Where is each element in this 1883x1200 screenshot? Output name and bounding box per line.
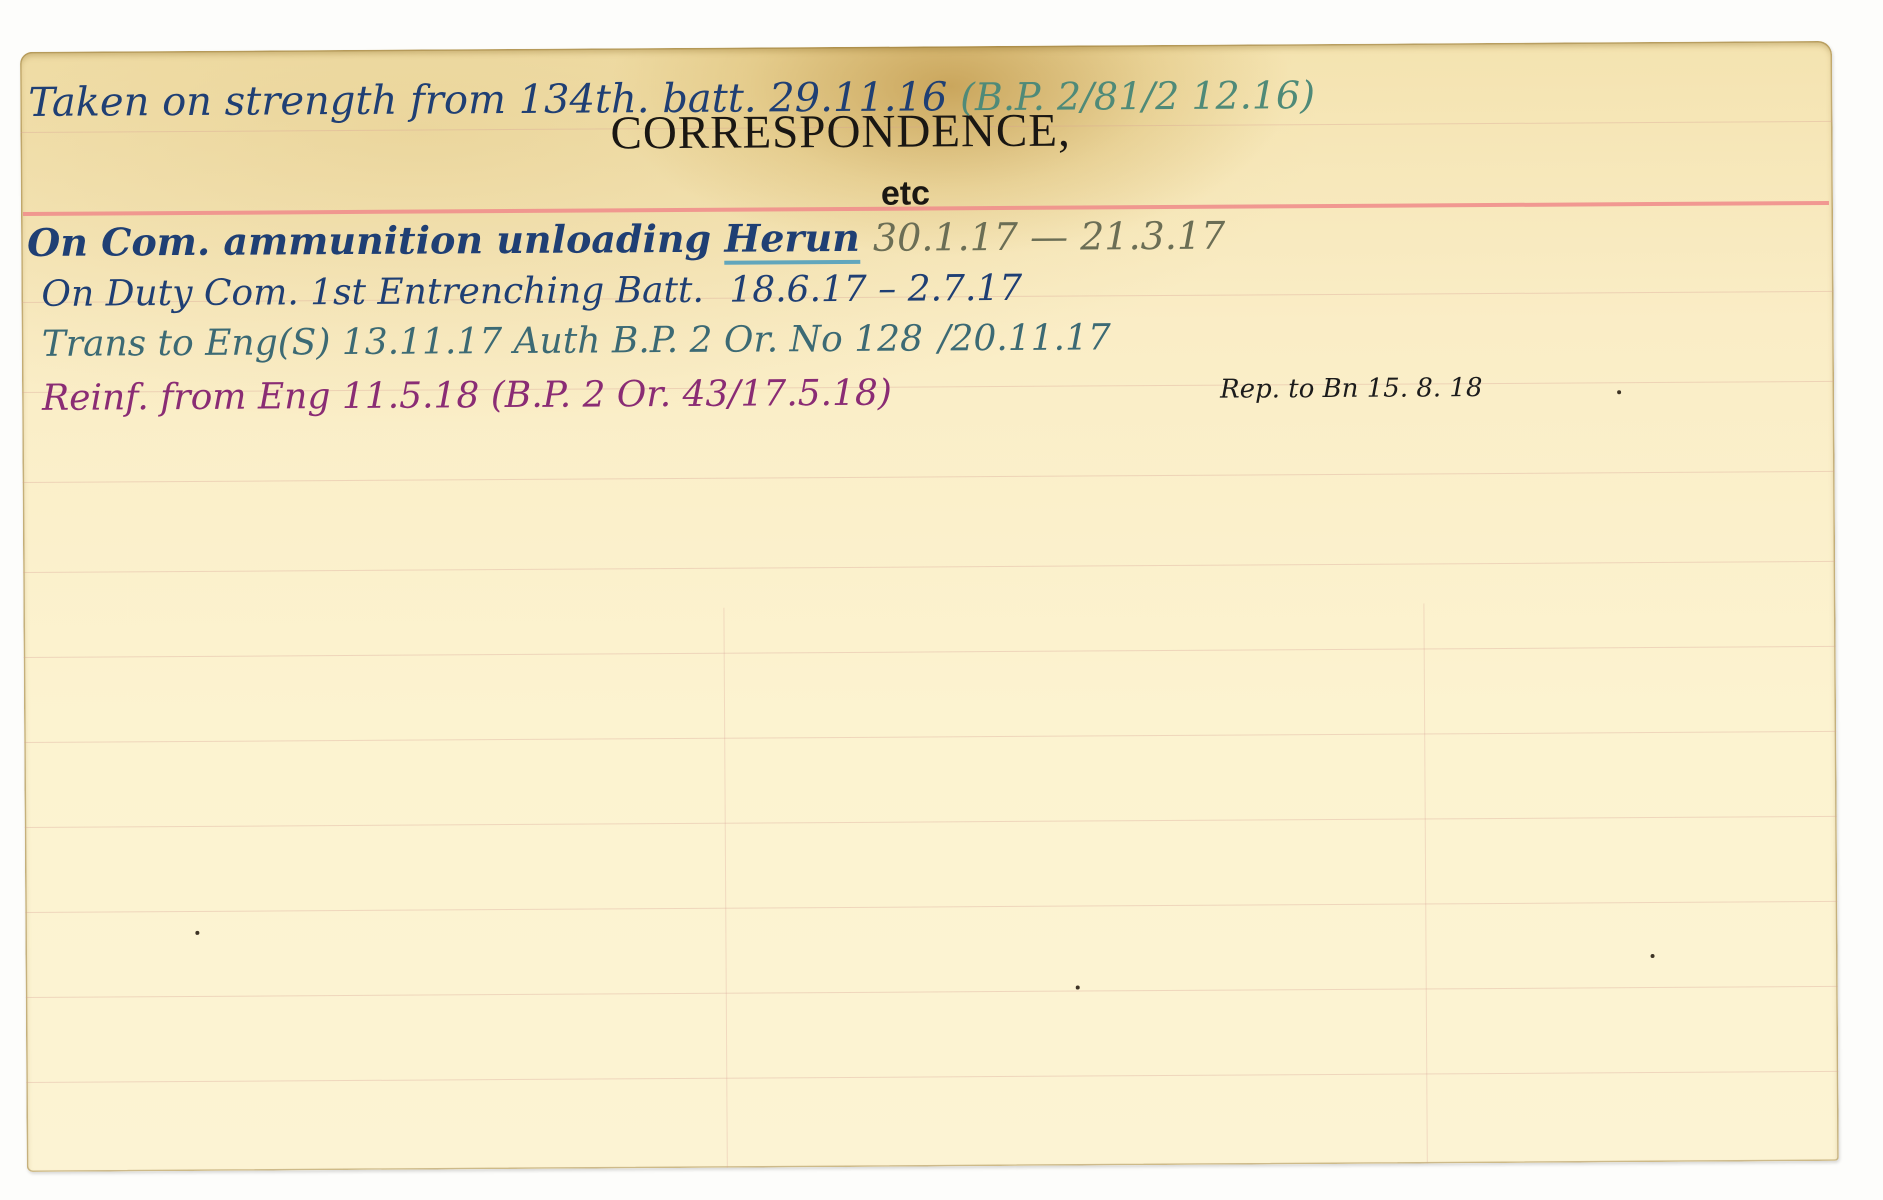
- record-card: CORRESPONDENCE, etc Taken on strength fr…: [20, 41, 1839, 1172]
- ruled-line: [23, 471, 1835, 483]
- entry-rep-to-bn: Rep. to Bn 15. 8. 18: [1220, 373, 1483, 405]
- entry-text: Taken on strength from 134th. batt. 29.1…: [28, 74, 947, 126]
- entry-text: Reinf. from Eng 11.5.18: [42, 375, 479, 419]
- ruled-line: [25, 816, 1837, 828]
- entry-dates: 20.11.17: [950, 317, 1111, 359]
- paper-speck: [1617, 390, 1621, 394]
- entry-trans-to-eng: Trans to Eng(S) 13.11.17 Auth B.P. 2 Or.…: [42, 317, 1111, 365]
- ruled-line: [24, 646, 1836, 658]
- entry-entrenching-batt: On Duty Com. 1st Entrenching Batt. 18.6.…: [41, 268, 1022, 315]
- entry-ref: (B.P. 2 Or. 43/17.5.18): [491, 373, 892, 416]
- entry-dates: 30.1.17 — 21.3.17: [873, 214, 1226, 260]
- column-line: [1423, 603, 1427, 1163]
- paper-speck: [1076, 986, 1080, 990]
- entry-ref: (B.P. 2/81/2 12.16): [960, 73, 1315, 119]
- ruled-line: [23, 561, 1835, 573]
- ruled-line: [26, 1071, 1838, 1083]
- entry-text: Trans to Eng(S) 13.11.17 Auth B.P. 2 Or.…: [42, 318, 923, 364]
- ruled-line: [24, 731, 1836, 743]
- ruled-line: [26, 986, 1838, 998]
- paper-speck: [195, 931, 199, 935]
- paper-speck: [1651, 954, 1655, 958]
- ruled-line: [25, 901, 1837, 913]
- entry-ammunition-unloading: On Com. ammunition unloading Herun 30.1.…: [27, 213, 1225, 265]
- column-line: [723, 608, 727, 1168]
- printed-subheading: etc: [881, 174, 930, 213]
- entry-text: On Duty Com. 1st Entrenching Batt.: [41, 270, 704, 315]
- entry-text: On Com. ammunition unloading: [27, 216, 711, 265]
- entry-taken-on-strength: Taken on strength from 134th. batt. 29.1…: [28, 72, 1315, 126]
- entry-reinf-from-eng: Reinf. from Eng 11.5.18 (B.P. 2 Or. 43/1…: [42, 373, 892, 419]
- struck-text: Herun: [724, 215, 860, 265]
- entry-dates: 18.6.17 – 2.7.17: [729, 268, 1022, 311]
